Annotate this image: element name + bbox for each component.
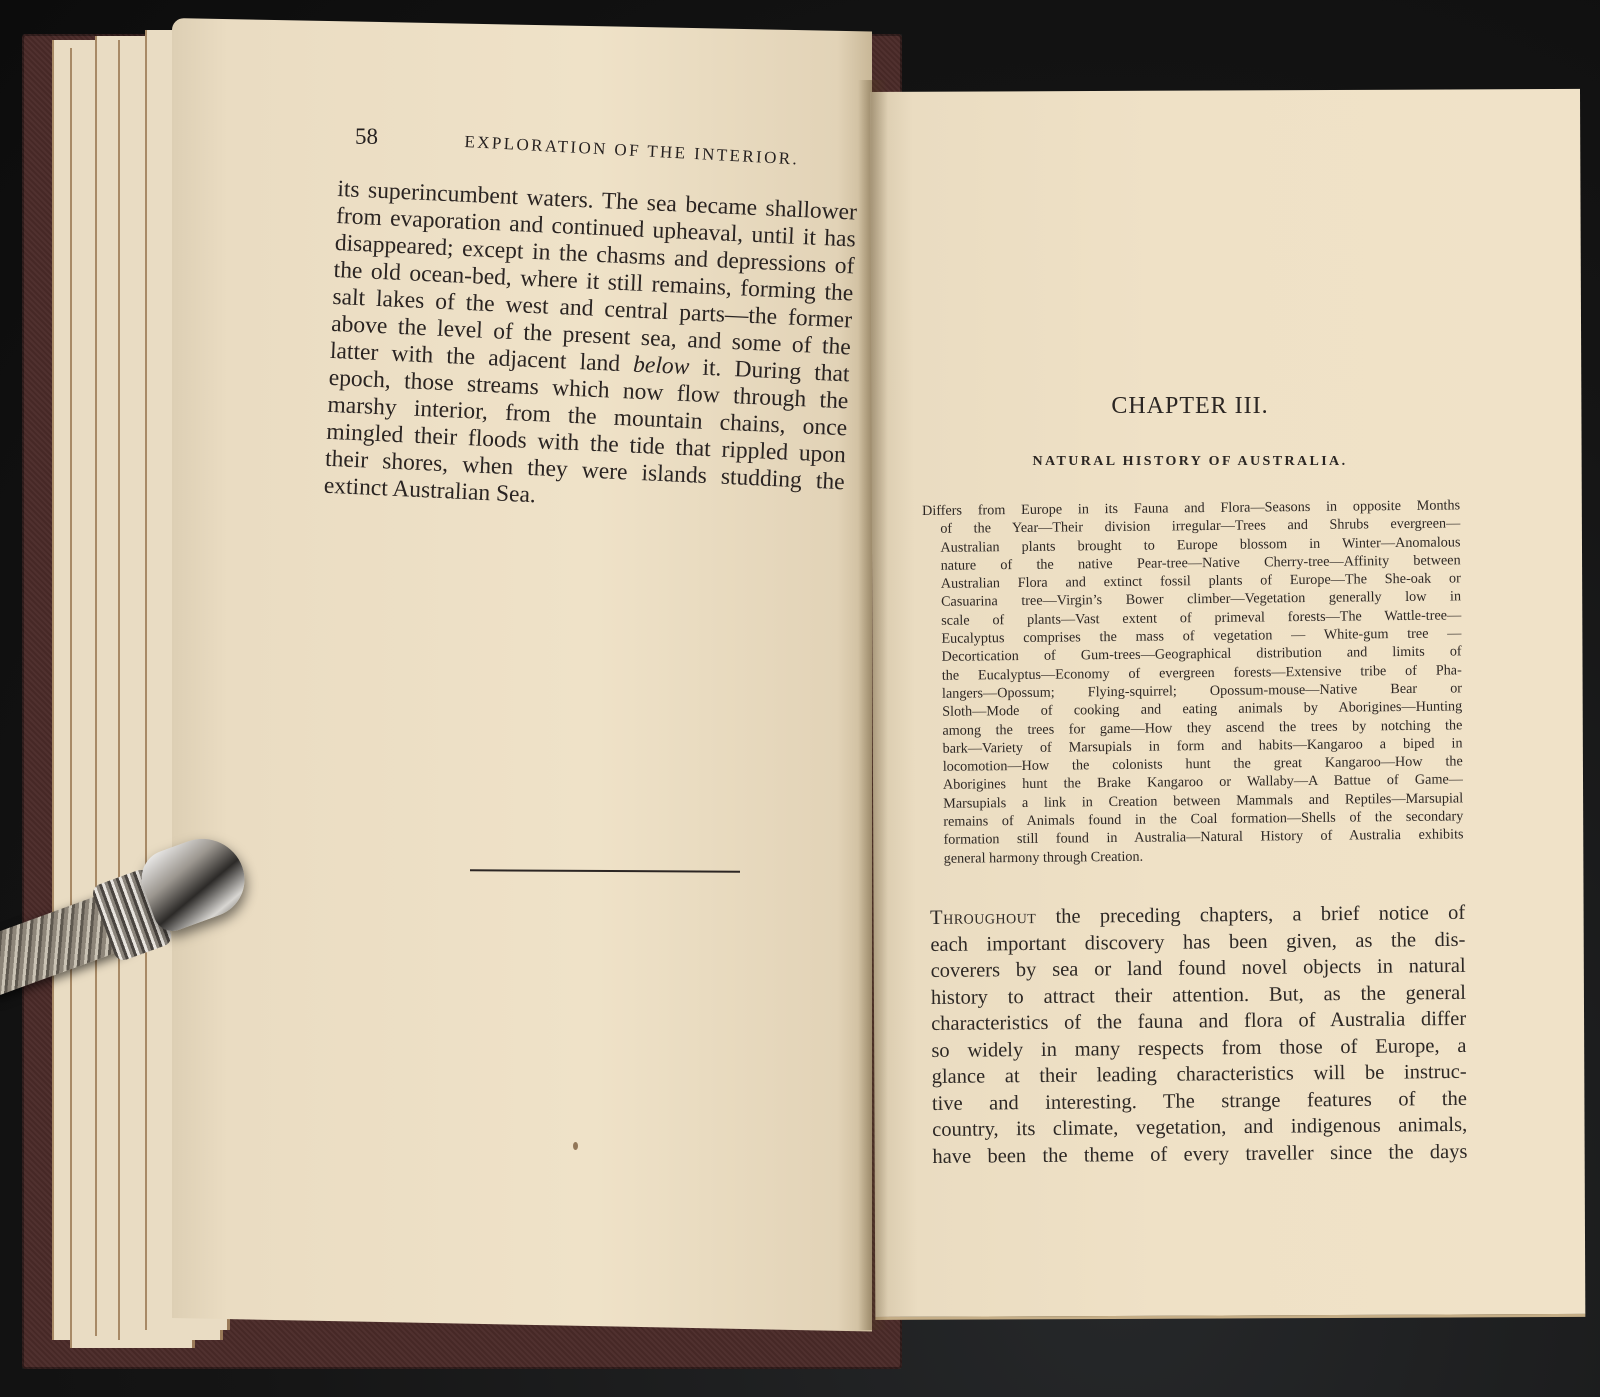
foxing-spot xyxy=(573,1142,578,1150)
page-number: 58 xyxy=(355,124,378,150)
drop-word: Throughout xyxy=(930,906,1036,929)
book-gutter xyxy=(858,80,888,1330)
running-head: EXPLORATION OF THE INTERIOR. xyxy=(464,132,800,170)
chapter-heading: CHAPTER III. xyxy=(1030,393,1350,420)
left-page-header: 58 EXPLORATION OF THE INTERIOR. xyxy=(355,118,875,178)
chapter-title: NATURAL HISTORY OF AUSTRALIA. xyxy=(1000,454,1380,470)
italic-word: below xyxy=(633,352,690,381)
chapter-synopsis: Differs from Europe in its Fauna and Flo… xyxy=(922,496,1466,868)
right-page-body: Throughout the preceding chapters, a bri… xyxy=(930,900,1468,1170)
text-line: have been the theme of every traveller s… xyxy=(932,1138,1467,1170)
left-page-body: its superincumbent waters. The sea becam… xyxy=(323,176,857,523)
